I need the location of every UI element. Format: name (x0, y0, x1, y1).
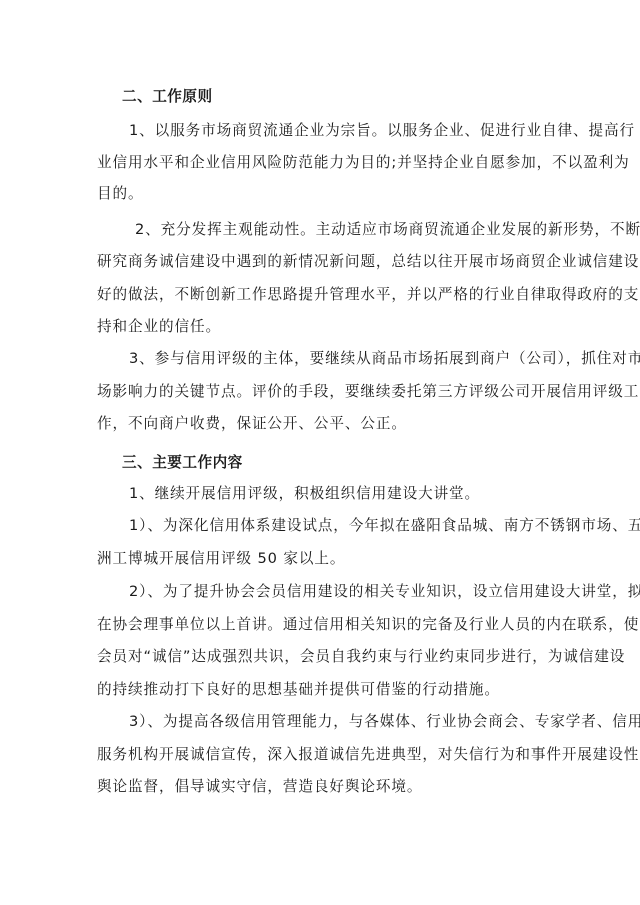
paragraph-line: 在协会理事单位以上首讲。通过信用相关知识的完备及行业人员的内在联系，使 (97, 616, 545, 634)
paragraph-line: 3、参与信用评级的主体，要继续从商品市场拓展到商户（公司），抓住对市 (129, 350, 577, 368)
paragraph-line: 服务机构开展诚信宣传，深入报道诚信先进典型，对失信行为和事件开展建设性 (97, 746, 545, 764)
paragraph-line: 3）、为提高各级信用管理能力，与各媒体、行业协会商会、专家学者、信用 (129, 713, 577, 731)
paragraph-line: 持和企业的信任。 (97, 318, 545, 336)
paragraph-line: 好的做法，不断创新工作思路提升管理水平，并以严格的行业自律取得政府的支 (97, 286, 545, 304)
paragraph-line: 会员对“诚信”达成强烈共识，会员自我约束与行业约束同步进行，为诚信建设 (97, 648, 545, 666)
document-page: 二、工作原则 1、以服务市场商贸流通企业为宗旨。以服务企业、促进行业自律、提高行… (0, 0, 640, 905)
paragraph-line: 1、以服务市场商贸流通企业为宗旨。以服务企业、促进行业自律、提高行 (129, 122, 577, 140)
paragraph-line: 研究商务诚信建设中遇到的新情况新问题，总结以往开展市场商贸企业诚信建设 (97, 253, 545, 271)
paragraph-line: 业信用水平和企业信用风险防范能力为目的;并坚持企业自愿参加，不以盈利为 (97, 154, 545, 172)
paragraph-line: 洲工博城开展信用评级 50 家以上。 (97, 550, 545, 568)
paragraph-line: 2）、为了提升协会会员信用建设的相关专业知识，设立信用建设大讲堂，拟 (129, 583, 577, 601)
paragraph-line: 舆论监督，倡导诚实守信，营造良好舆论环境。 (97, 778, 545, 796)
section-heading-work-principles: 二、工作原则 (122, 88, 570, 106)
paragraph-line: 1）、为深化信用体系建设试点，今年拟在盛阳食品城、南方不锈钢市场、五 (129, 517, 577, 535)
paragraph-line: 目的。 (97, 185, 545, 203)
paragraph-line: 1、继续开展信用评级，积极组织信用建设大讲堂。 (129, 485, 577, 503)
section-heading-main-work: 三、主要工作内容 (122, 454, 570, 472)
paragraph-line: 2、充分发挥主观能动性。主动适应市场商贸流通企业发展的新形势，不断 (135, 221, 583, 239)
paragraph-line: 的持续推动打下良好的思想基础并提供可借鉴的行动措施。 (97, 681, 545, 699)
paragraph-line: 作，不向商户收费，保证公开、公平、公正。 (97, 415, 545, 433)
paragraph-line: 场影响力的关键节点。评价的手段，要继续委托第三方评级公司开展信用评级工 (97, 383, 545, 401)
